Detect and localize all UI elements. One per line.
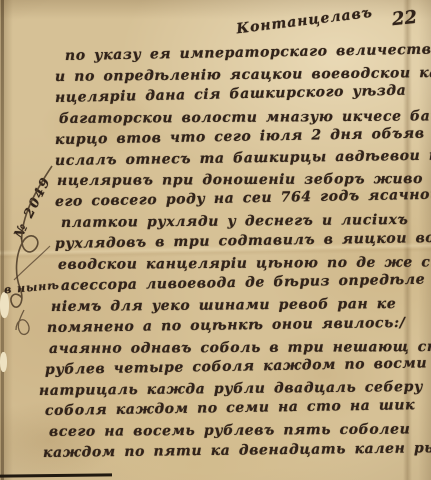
paper-edge-left: [1, 0, 4, 480]
manuscript-line: помянено а по оцѣнкѣ онои явилось:/: [47, 313, 423, 339]
manuscript-text: по указу ея императорскаго величества и …: [55, 46, 423, 464]
manuscript-line: рухлядовъ в три содтавилъ в яицкои во: [55, 228, 423, 255]
manuscript-line: каждом по пяти ка двенадцать кален рылѣ: [43, 439, 423, 465]
manuscript-line: ислалъ отнесъ та башкирцы авдѣевои ка: [55, 145, 423, 171]
page-number: 22: [391, 7, 418, 31]
manuscript-scan: Контанцелавъ 22 № 2049 в нынѣ по указу е…: [0, 0, 431, 480]
manuscript-line: соболя каждом по семи на сто на шик: [45, 395, 423, 422]
